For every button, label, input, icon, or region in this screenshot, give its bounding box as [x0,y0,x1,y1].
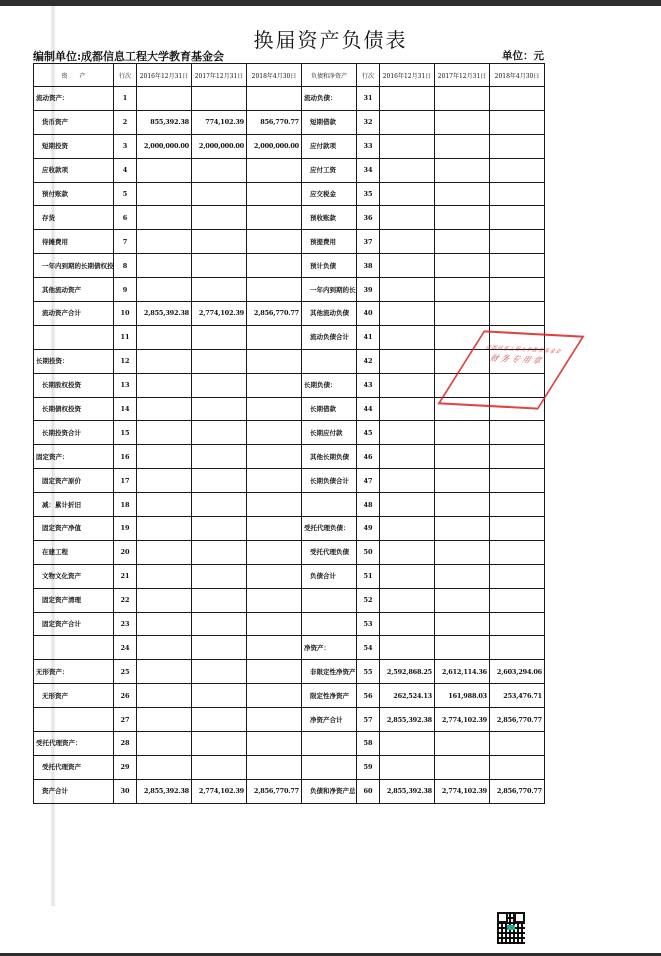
asset-2017 [192,373,247,397]
asset-2018 [247,469,302,493]
asset-2016 [137,660,192,684]
asset-2017 [192,517,247,541]
liability-2016 [380,302,435,326]
liability-2017: 2,612,114.36 [435,660,490,684]
asset-2018 [247,230,302,254]
liability-label: 流动负债合计 [302,325,357,349]
liability-2018 [490,564,545,588]
asset-label: 受托代理资产 [34,755,114,779]
liability-2016 [380,206,435,230]
liability-row-no: 48 [357,493,380,517]
liability-2016 [380,158,435,182]
liability-row-no: 41 [357,325,380,349]
asset-2016: 2,855,392.38 [137,302,192,326]
liability-2018 [490,87,545,111]
asset-2018: 2,000,000.00 [247,134,302,158]
asset-row-no: 16 [114,445,137,469]
asset-2018 [247,564,302,588]
liability-row-no: 56 [357,684,380,708]
header-2016-2: 2016年12月31日 [380,64,435,87]
asset-2017: 774,102.39 [192,110,247,134]
table-row: 固定资产清理2252 [34,588,545,612]
liability-label: 应付款项 [302,134,357,158]
liability-label [302,755,357,779]
asset-2017 [192,732,247,756]
liability-label: 净资产： [302,636,357,660]
liability-label: 受托代理负债： [302,517,357,541]
asset-2018 [247,493,302,517]
asset-2017 [192,182,247,206]
liability-2016: 2,592,868.25 [380,660,435,684]
asset-2016 [137,254,192,278]
liability-2016 [380,612,435,636]
asset-2016 [137,493,192,517]
liability-row-no: 31 [357,87,380,111]
liability-2016 [380,325,435,349]
asset-2017 [192,588,247,612]
liability-label [302,732,357,756]
table-row: 其他流动资产9一年内到期的长期负债39 [34,278,545,302]
asset-2017 [192,445,247,469]
asset-2017 [192,230,247,254]
asset-2018 [247,206,302,230]
asset-2017 [192,158,247,182]
liability-2018 [490,445,545,469]
liability-label [302,612,357,636]
liability-row-no: 49 [357,517,380,541]
liability-2016 [380,421,435,445]
asset-2016 [137,732,192,756]
liability-2017: 2,774,102.39 [435,708,490,732]
liability-row-no: 39 [357,278,380,302]
liability-2018 [490,612,545,636]
liability-row-no: 52 [357,588,380,612]
asset-label: 固定资产合计 [34,612,114,636]
liability-2017 [435,540,490,564]
asset-label: 固定资产净值 [34,517,114,541]
asset-2017: 2,774,102.39 [192,302,247,326]
liability-2018 [490,469,545,493]
liability-2018: 253,476.71 [490,684,545,708]
liability-2016 [380,755,435,779]
asset-2016 [137,564,192,588]
asset-2016 [137,445,192,469]
liability-2018 [490,732,545,756]
liability-row-no: 57 [357,708,380,732]
liability-row-no: 53 [357,612,380,636]
liability-2017 [435,732,490,756]
currency-unit: 单位：元 [502,50,544,63]
liability-2016 [380,230,435,254]
liability-label: 预计负债 [302,254,357,278]
liability-label: 流动负债： [302,87,357,111]
liability-2018 [490,158,545,182]
liability-2016: 262,524.13 [380,684,435,708]
liability-2016 [380,540,435,564]
asset-2017: 2,000,000.00 [192,134,247,158]
liability-2018 [490,493,545,517]
liability-2017 [435,278,490,302]
liability-2016 [380,588,435,612]
asset-label: 固定资产： [34,445,114,469]
header-liabilities: 负债和净资产 [302,64,357,87]
liability-2017 [435,755,490,779]
asset-2016 [137,684,192,708]
liability-label: 长期负债： [302,373,357,397]
asset-row-no: 27 [114,708,137,732]
liability-2016 [380,469,435,493]
table-row: 长期投资合计15长期应付款45 [34,421,545,445]
asset-2018 [247,182,302,206]
table-row: 11流动负债合计41 [34,325,545,349]
liability-row-no: 50 [357,540,380,564]
table-row: 待摊费用7预提费用37 [34,230,545,254]
liability-2016 [380,445,435,469]
liability-row-no: 34 [357,158,380,182]
asset-2016 [137,421,192,445]
liability-label: 其他流动负债 [302,302,357,326]
asset-2017 [192,87,247,111]
liability-2016 [380,87,435,111]
liability-2017 [435,230,490,254]
asset-2017 [192,684,247,708]
liability-label: 一年内到期的长期负债 [302,278,357,302]
liability-2016 [380,349,435,373]
header-2017: 2017年12月31日 [192,64,247,87]
liability-2017 [435,110,490,134]
liability-2017 [435,564,490,588]
asset-2018: 856,770.77 [247,110,302,134]
liability-2017 [435,612,490,636]
asset-2016 [137,636,192,660]
liability-2017: 2,774,102.39 [435,779,490,803]
asset-row-no: 26 [114,684,137,708]
header-2018-2: 2018年4月30日 [490,64,545,87]
asset-row-no: 21 [114,564,137,588]
liability-label: 长期应付款 [302,421,357,445]
asset-2017 [192,421,247,445]
table-row: 资产合计302,855,392.382,774,102.392,856,770.… [34,779,545,803]
asset-label: 资产合计 [34,779,114,803]
asset-label: 待摊费用 [34,230,114,254]
asset-2017 [192,349,247,373]
asset-2017 [192,278,247,302]
liability-2016 [380,110,435,134]
liability-row-no: 44 [357,397,380,421]
liability-2017 [435,134,490,158]
liability-row-no: 54 [357,636,380,660]
qr-logo-icon [507,925,515,930]
table-row: 减：累计折旧1848 [34,493,545,517]
liability-2016: 2,855,392.38 [380,779,435,803]
asset-label: 一年内到期的长期债权投资 [34,254,114,278]
asset-2016 [137,278,192,302]
asset-2017 [192,755,247,779]
asset-label: 流动资产合计 [34,302,114,326]
liability-2017 [435,588,490,612]
liability-row-no: 55 [357,660,380,684]
asset-2017: 2,774,102.39 [192,779,247,803]
asset-2016 [137,349,192,373]
liability-2018 [490,110,545,134]
asset-row-no: 1 [114,87,137,111]
asset-2016 [137,517,192,541]
asset-label: 受托代理资产： [34,732,114,756]
asset-2016 [137,158,192,182]
liability-label [302,349,357,373]
table-row: 一年内到期的长期债权投资8预计负债38 [34,254,545,278]
liability-2018 [490,421,545,445]
asset-label: 流动资产： [34,87,114,111]
asset-row-no: 19 [114,517,137,541]
liability-2018 [490,540,545,564]
asset-2018 [247,158,302,182]
asset-label: 短期投资 [34,134,114,158]
liability-2016: 2,855,392.38 [380,708,435,732]
header-row-no-2: 行次 [357,64,380,87]
liability-2017 [435,517,490,541]
header-2016: 2016年12月31日 [137,64,192,87]
asset-label [34,708,114,732]
liability-label [302,493,357,517]
asset-row-no: 3 [114,134,137,158]
asset-2018 [247,755,302,779]
asset-row-no: 6 [114,206,137,230]
liability-row-no: 37 [357,230,380,254]
liability-row-no: 47 [357,469,380,493]
asset-row-no: 12 [114,349,137,373]
liability-label: 应付工资 [302,158,357,182]
liability-label: 其他长期负债 [302,445,357,469]
asset-2016 [137,325,192,349]
asset-2016 [137,755,192,779]
asset-label: 长期股权投资 [34,373,114,397]
liability-label [302,588,357,612]
qr-code-icon [497,912,525,944]
table-header-row: 资 产 行次 2016年12月31日 2017年12月31日 2018年4月30… [34,64,545,87]
liability-label: 长期借款 [302,397,357,421]
asset-row-no: 18 [114,493,137,517]
asset-row-no: 8 [114,254,137,278]
table-row: 流动资产：1流动负债：31 [34,87,545,111]
liability-label: 限定性净资产 [302,684,357,708]
liability-2017 [435,182,490,206]
asset-label: 长期投资合计 [34,421,114,445]
asset-2016 [137,612,192,636]
asset-2018 [247,254,302,278]
liability-2017 [435,87,490,111]
header-assets: 资 产 [34,64,114,87]
liability-label: 净资产合计 [302,708,357,732]
asset-2018 [247,349,302,373]
asset-label: 存货 [34,206,114,230]
table-row: 受托代理资产：2858 [34,732,545,756]
asset-row-no: 20 [114,540,137,564]
liability-2018 [490,134,545,158]
liability-row-no: 51 [357,564,380,588]
table-row: 预付账款5应交税金35 [34,182,545,206]
liability-2017 [435,206,490,230]
asset-row-no: 29 [114,755,137,779]
liability-row-no: 60 [357,779,380,803]
asset-2016 [137,230,192,254]
asset-row-no: 30 [114,779,137,803]
asset-2016 [137,206,192,230]
liability-2018 [490,206,545,230]
asset-2018 [247,445,302,469]
liability-2016 [380,254,435,278]
asset-2017 [192,206,247,230]
asset-label: 无形资产： [34,660,114,684]
asset-row-no: 28 [114,732,137,756]
page-title: 换届资产负债表 [0,24,661,53]
asset-2017 [192,493,247,517]
asset-2017 [192,540,247,564]
asset-2018 [247,397,302,421]
liability-2016 [380,493,435,517]
table-row: 固定资产净值19受托代理负债：49 [34,517,545,541]
asset-2018 [247,636,302,660]
asset-row-no: 9 [114,278,137,302]
asset-2017 [192,325,247,349]
asset-label: 长期投资： [34,349,114,373]
asset-label: 无形资产 [34,684,114,708]
liability-2018 [490,254,545,278]
asset-label: 减：累计折旧 [34,493,114,517]
table-row: 存货6预收账款36 [34,206,545,230]
asset-2017 [192,708,247,732]
liability-label: 非限定性净资产 [302,660,357,684]
asset-2016: 2,855,392.38 [137,779,192,803]
liability-2016 [380,134,435,158]
asset-row-no: 14 [114,397,137,421]
liability-label: 长期负债合计 [302,469,357,493]
liability-2016 [380,517,435,541]
asset-2016 [137,87,192,111]
liability-2018: 2,856,770.77 [490,708,545,732]
asset-2016 [137,469,192,493]
asset-label: 应收款项 [34,158,114,182]
liability-row-no: 40 [357,302,380,326]
asset-2016 [137,373,192,397]
liability-row-no: 35 [357,182,380,206]
asset-row-no: 23 [114,612,137,636]
liability-label: 预收账款 [302,206,357,230]
liability-label: 负债合计 [302,564,357,588]
liability-row-no: 43 [357,373,380,397]
asset-row-no: 13 [114,373,137,397]
liability-2017: 161,988.03 [435,684,490,708]
liability-2016 [380,636,435,660]
liability-2017 [435,421,490,445]
asset-2017 [192,612,247,636]
header-2017-2: 2017年12月31日 [435,64,490,87]
asset-2018 [247,517,302,541]
asset-2017 [192,564,247,588]
asset-2016 [137,182,192,206]
liability-row-no: 32 [357,110,380,134]
liability-2016 [380,397,435,421]
header-row-no: 行次 [114,64,137,87]
asset-2017 [192,469,247,493]
liability-label: 受托代理负债 [302,540,357,564]
asset-2018 [247,588,302,612]
table-row: 24净资产：54 [34,636,545,660]
asset-label: 文物文化资产 [34,564,114,588]
liability-label: 应交税金 [302,182,357,206]
table-body: 流动资产：1流动负债：31货币资产2855,392.38774,102.3985… [34,87,545,804]
table-row: 货币资产2855,392.38774,102.39856,770.77短期借款3… [34,110,545,134]
table-row: 短期投资32,000,000.002,000,000.002,000,000.0… [34,134,545,158]
liability-2017 [435,158,490,182]
liability-row-no: 36 [357,206,380,230]
liability-2017 [435,636,490,660]
table-row: 固定资产原价17长期负债合计47 [34,469,545,493]
asset-row-no: 11 [114,325,137,349]
liability-2016 [380,732,435,756]
asset-row-no: 5 [114,182,137,206]
liability-row-no: 58 [357,732,380,756]
liability-2016 [380,278,435,302]
asset-2018 [247,87,302,111]
asset-2016 [137,708,192,732]
asset-row-no: 10 [114,302,137,326]
asset-label: 在建工程 [34,540,114,564]
liability-2017 [435,493,490,517]
liability-2018 [490,182,545,206]
liability-label: 预提费用 [302,230,357,254]
asset-2018 [247,325,302,349]
liability-2018 [490,636,545,660]
table-row: 27净资产合计572,855,392.382,774,102.392,856,7… [34,708,545,732]
liability-row-no: 42 [357,349,380,373]
liability-row-no: 38 [357,254,380,278]
table-row: 文物文化资产21负债合计51 [34,564,545,588]
asset-2017 [192,636,247,660]
liability-row-no: 59 [357,755,380,779]
liability-2018 [490,588,545,612]
asset-2018 [247,540,302,564]
asset-2018: 2,856,770.77 [247,302,302,326]
asset-label [34,636,114,660]
asset-label: 货币资产 [34,110,114,134]
asset-label [34,325,114,349]
table-row: 无形资产26限定性净资产56262,524.13161,988.03253,47… [34,684,545,708]
table-row: 无形资产：25非限定性净资产552,592,868.252,612,114.36… [34,660,545,684]
asset-2018 [247,708,302,732]
table-row: 流动资产合计102,855,392.382,774,102.392,856,77… [34,302,545,326]
liability-2018 [490,278,545,302]
asset-2016 [137,588,192,612]
viewer-top-bar [0,0,661,6]
asset-2018 [247,421,302,445]
preparing-unit: 编制单位:成都信息工程大学教育基金会 [33,50,224,64]
table-row: 受托代理资产2959 [34,755,545,779]
liability-2018 [490,230,545,254]
liability-2018: 2,603,294.06 [490,660,545,684]
liability-2018 [490,302,545,326]
table-row: 在建工程20受托代理负债50 [34,540,545,564]
asset-label: 固定资产原价 [34,469,114,493]
asset-2018 [247,373,302,397]
asset-2016: 2,000,000.00 [137,134,192,158]
asset-2017 [192,254,247,278]
liability-2017 [435,302,490,326]
liability-2016 [380,564,435,588]
asset-label: 固定资产清理 [34,588,114,612]
table-row: 应收款项4应付工资34 [34,158,545,182]
asset-2017 [192,660,247,684]
